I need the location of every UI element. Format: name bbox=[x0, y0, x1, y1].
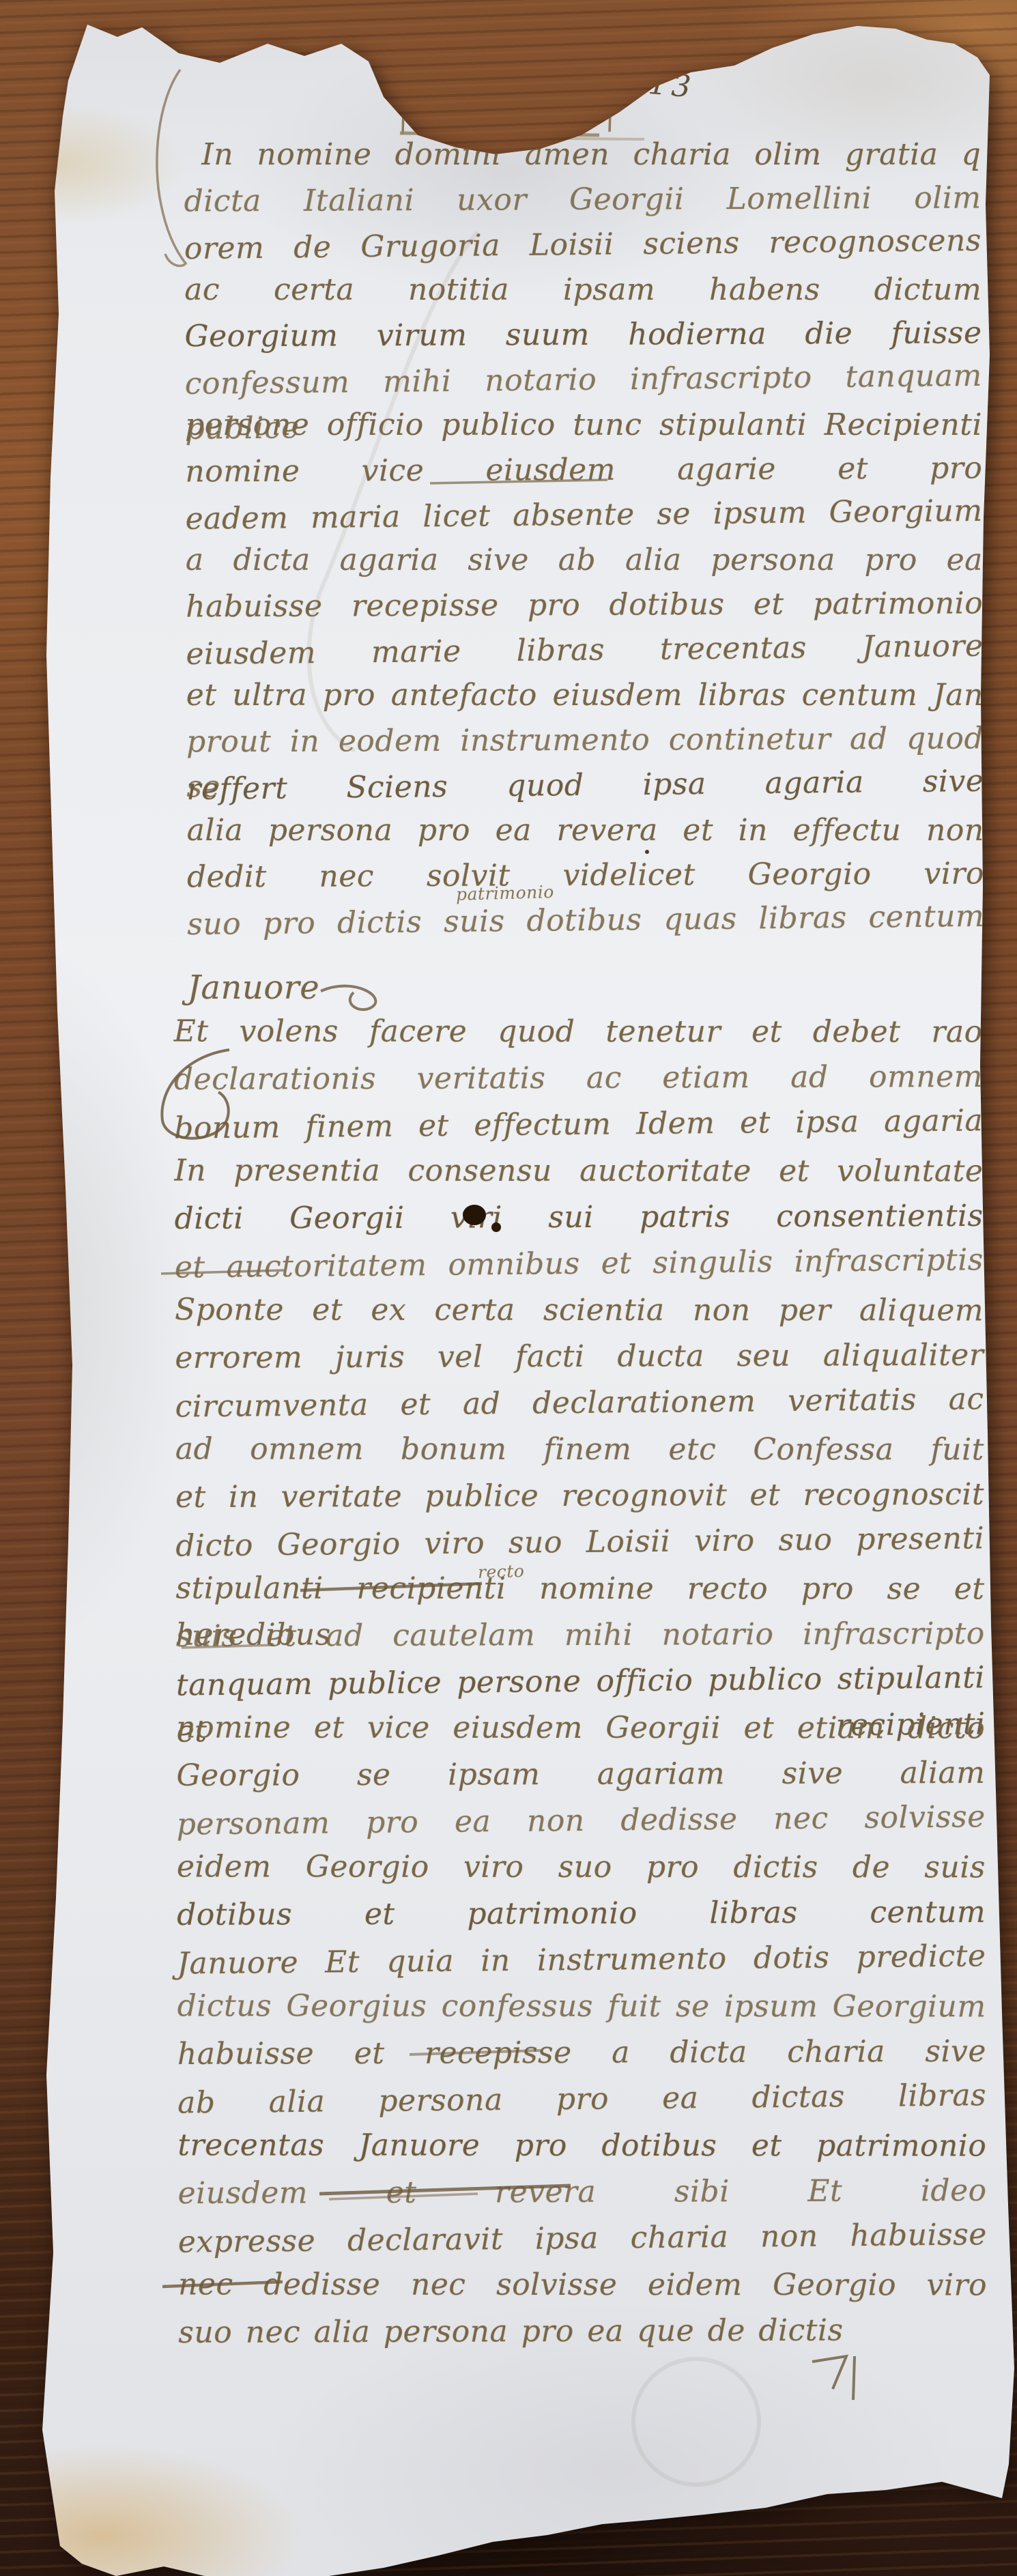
manuscript-line: a dicta agaria sive ab alia persona pro … bbox=[186, 538, 983, 583]
manuscript-line: dicti Georgii viri sui patris consentien… bbox=[175, 1193, 984, 1242]
manuscript-line: dicto Georgio viro suo Loisii viro suo p… bbox=[175, 1515, 985, 1569]
page-title: Declaratio bbox=[412, 91, 603, 128]
manuscript-line: circumventa et ad declarationem veritati… bbox=[175, 1376, 984, 1430]
manuscript-line: dicta Italiani uxor Georgii Lomellini ol… bbox=[184, 175, 981, 224]
manuscript-line: Januore bbox=[188, 965, 985, 1010]
manuscript-line: declarationis veritatis ac etiam ad omne… bbox=[174, 1054, 983, 1103]
manuscript-line: Januore Et quia in instrumento dotis pre… bbox=[177, 1933, 986, 1987]
manuscript-line: ad omnem bonum finem etc Confessa fuit bbox=[175, 1426, 984, 1473]
paper-sheet-wrapper: Declaratio 13 In nomine domini amen char… bbox=[0, 0, 1017, 2576]
manuscript-line: habuisse et recepisse a dicta charia siv… bbox=[177, 2029, 986, 2078]
manuscript-line: nomine et vice eiusdem Georgii et etiam … bbox=[176, 1704, 985, 1751]
manuscript-line: personam pro ea non dedisse nec solvisse bbox=[176, 1794, 986, 1848]
manuscript-line: eiusdem et revera sibi Et ideo bbox=[177, 2168, 986, 2217]
manuscript-line: dictus Georgius confessus fuit se ipsum … bbox=[177, 1983, 986, 2030]
manuscript-line: In presentia consensu auctoritate et vol… bbox=[174, 1147, 983, 1194]
opening-brace-flourish bbox=[157, 70, 186, 266]
manuscript-line: stipulanti recipienti nomine recto pro s… bbox=[175, 1565, 984, 1612]
manuscript-line: suis et ad cautelam mihi notario infrasc… bbox=[176, 1611, 985, 1660]
manuscript-line: eadem maria licet absente se ipsum Georg… bbox=[185, 489, 983, 542]
manuscript-line: confessum mihi notario infrascripto tanq… bbox=[184, 354, 982, 407]
manuscript-line: expresse declaravit ipsa charia non habu… bbox=[178, 2212, 988, 2265]
manuscript-line: et ultra pro antefacto eiusdem libras ce… bbox=[186, 673, 984, 718]
manuscript-line: bonum finem et effectum Idem et ipsa aga… bbox=[174, 1098, 984, 1151]
manuscript-line: nomine vice eiusdem agarie et pro bbox=[185, 446, 982, 494]
end-flourish-mark bbox=[812, 2356, 855, 2400]
manuscript-line: dedit nec solvit videlicet Georgio viro bbox=[187, 851, 984, 900]
manuscript-line: alia persona pro ea revera et in effectu… bbox=[187, 808, 984, 853]
folio-number: 13 bbox=[647, 66, 696, 105]
manuscript-line: orem de Grugoria Loisii sciens recognosc… bbox=[184, 218, 982, 272]
manuscript-line: suo nec alia persona pro ea que de dicti… bbox=[178, 2307, 987, 2356]
manuscript-line: et auctoritatem omnibus et singulis infr… bbox=[175, 1237, 984, 1291]
manuscript-line: errorem juris vel facti ducta seu aliqua… bbox=[175, 1332, 984, 1382]
manuscript-line: In nomine domini amen charia olim gratia… bbox=[184, 132, 981, 177]
manuscript-line: Georgium virum suum hodierna die fuisse bbox=[184, 311, 982, 359]
paragraph-2: Et volens facere quod tenetur et debet r… bbox=[174, 1007, 988, 2356]
manuscript-line: ac certa notitia ipsam habens dictum bbox=[184, 268, 982, 313]
manuscript-line: Georgio se ipsam agariam sive aliam bbox=[176, 1750, 985, 1799]
right-bracket-mark bbox=[600, 72, 622, 132]
manuscript-line: et in veritate publice recognovit et rec… bbox=[175, 1472, 984, 1521]
interlinear-word: patrimonio bbox=[456, 882, 555, 904]
manuscript-line: suo pro dictis suis dotibus quas libras … bbox=[187, 894, 985, 947]
interlinear-word: recto bbox=[478, 1561, 525, 1582]
manuscript-line: Et volens facere quod tenetur et debet r… bbox=[174, 1008, 983, 1055]
manuscript-photo: { "page": { "heading": "Declaratio", "fo… bbox=[0, 0, 1017, 2576]
manuscript-line: tanquam publice persone officio publico … bbox=[176, 1655, 986, 1708]
paper-sheet: Declaratio 13 In nomine domini amen char… bbox=[0, 0, 1017, 2576]
manuscript-line: Sponte et ex certa scientia non per aliq… bbox=[175, 1287, 984, 1334]
manuscript-line: eiusdem marie libras trecentas Januore bbox=[186, 624, 984, 677]
watermark-ring bbox=[633, 2359, 759, 2485]
manuscript-line: dotibus et patrimonio libras centum bbox=[177, 1889, 986, 1938]
manuscript-line: nec dedisse nec solvisse eidem Georgio v… bbox=[178, 2261, 987, 2308]
manuscript-line: ab alia persona pro ea dictas libras bbox=[177, 2072, 987, 2126]
manuscript-line: trecentas Januore pro dotibus et patrimo… bbox=[177, 2122, 986, 2169]
manuscript-line: reffert Sciens quod ipsa agaria sive bbox=[186, 759, 984, 812]
manuscript-line: habuisse recepisse pro dotibus et patrim… bbox=[186, 581, 983, 629]
paragraph-1: In nomine domini amen charia olim gratia… bbox=[184, 130, 985, 1012]
left-bracket-mark bbox=[396, 83, 409, 134]
manuscript-line: eidem Georgio viro suo pro dictis de sui… bbox=[177, 1844, 986, 1891]
manuscript-line: prout in eodem instrumento continetur ad… bbox=[186, 716, 984, 764]
manuscript-line: persone officio publico tunc stipulanti … bbox=[185, 403, 982, 448]
